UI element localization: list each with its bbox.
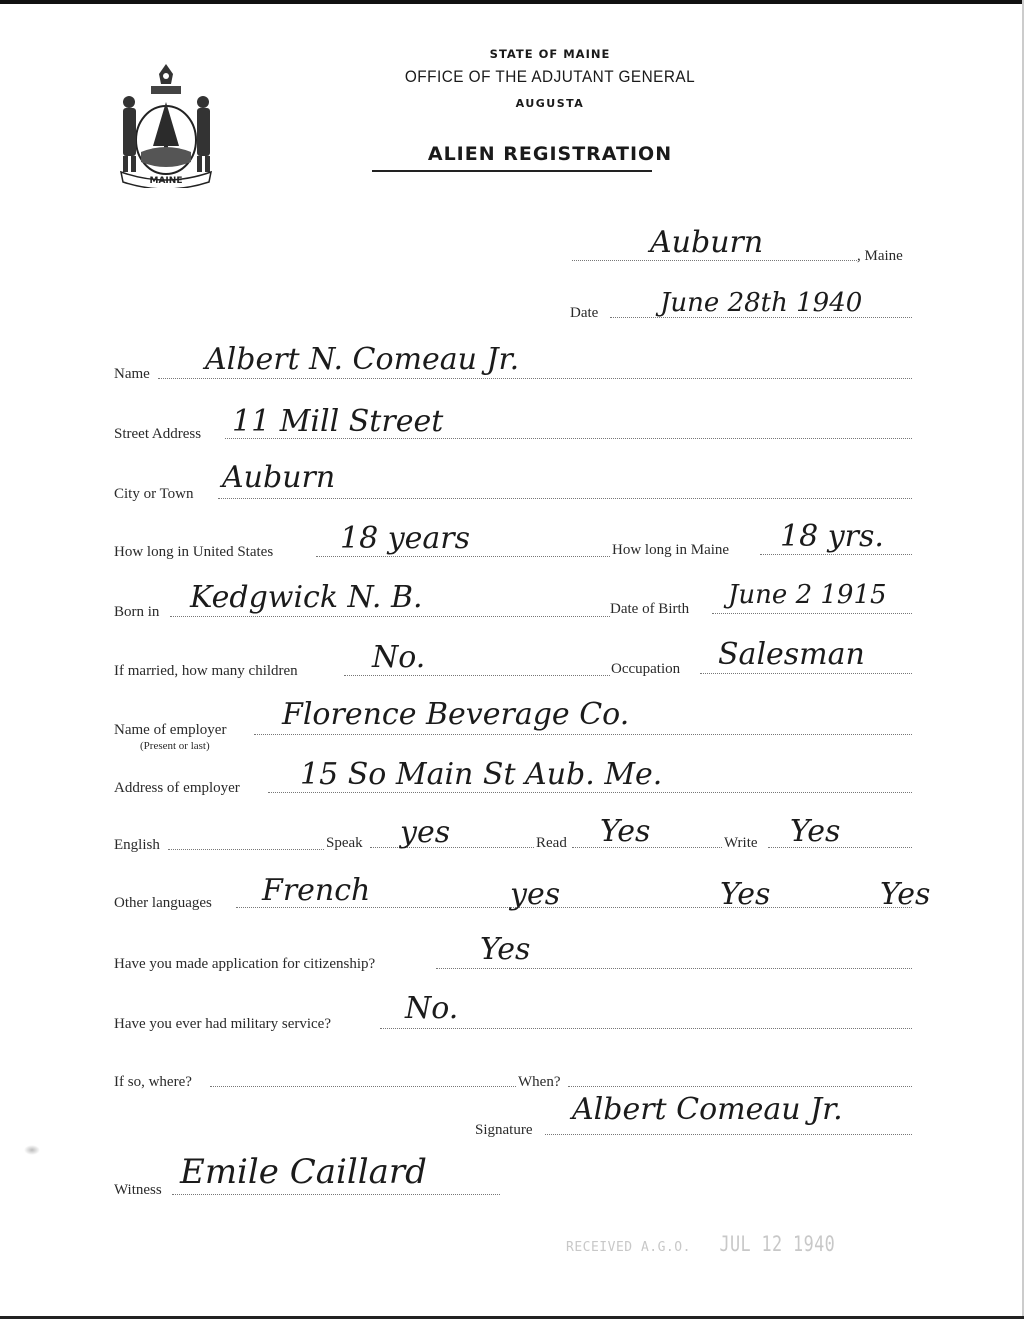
english-write-label: Write <box>724 835 758 851</box>
street-address-label: Street Address <box>114 426 201 442</box>
name-label: Name <box>114 366 150 382</box>
english-label: English <box>114 837 160 853</box>
form-title: ALIEN REGISTRATION <box>300 143 800 165</box>
date-of-birth-label: Date of Birth <box>610 601 689 617</box>
other-languages-value: French <box>262 876 370 906</box>
name-line <box>158 377 912 379</box>
english-read-value: Yes <box>600 817 650 847</box>
citizenship-label: Have you made application for citizenshi… <box>114 956 375 972</box>
born-in-line <box>170 615 610 617</box>
english-speak-line <box>370 846 534 848</box>
english-write-value: Yes <box>790 817 840 847</box>
other-languages-read: Yes <box>720 880 770 910</box>
occupation-value: Salesman <box>718 640 865 670</box>
date-value: June 28th 1940 <box>660 290 862 316</box>
occupation-label: Occupation <box>611 661 680 677</box>
employer-name-line <box>254 733 912 735</box>
military-value: No. <box>405 994 458 1024</box>
employer-address-value: 15 So Main St Aub. Me. <box>300 760 662 790</box>
signature-value: Albert Comeau Jr. <box>572 1095 843 1125</box>
place-suffix: , Maine <box>857 248 903 264</box>
military-label: Have you ever had military service? <box>114 1016 331 1032</box>
where-line <box>210 1085 516 1087</box>
alien-registration-form: MAINE STATE OF MAINE OFFICE OF THE ADJUT… <box>0 0 1024 1319</box>
english-line <box>168 848 324 850</box>
header-city: AUGUSTA <box>300 97 800 110</box>
date-of-birth-line <box>712 612 912 614</box>
children-value: No. <box>372 643 425 673</box>
title-underline <box>372 170 652 172</box>
name-value: Albert N. Comeau Jr. <box>205 345 519 375</box>
born-in-label: Born in <box>114 604 159 620</box>
city-line <box>218 497 912 499</box>
witness-line <box>172 1193 500 1195</box>
witness-label: Witness <box>114 1182 162 1198</box>
city-value: Auburn <box>222 463 335 493</box>
svg-text:MAINE: MAINE <box>150 176 183 186</box>
scan-smudge <box>24 1145 40 1155</box>
scan-border-top <box>0 0 1024 4</box>
header-office: OFFICE OF THE ADJUTANT GENERAL <box>318 68 783 87</box>
english-speak-label: Speak <box>326 835 363 851</box>
other-languages-speak: yes <box>510 880 560 910</box>
city-label: City or Town <box>114 486 194 502</box>
citizenship-value: Yes <box>480 935 530 965</box>
other-languages-label: Other languages <box>114 895 212 911</box>
witness-value: Emile Caillard <box>180 1155 427 1189</box>
other-languages-write: Yes <box>880 880 930 910</box>
occupation-line <box>700 672 912 674</box>
maine-state-seal-icon: MAINE <box>113 62 219 188</box>
born-in-value: Kedgwick N. B. <box>190 583 423 613</box>
received-stamp-text: RECEIVED A.G.O. <box>566 1240 691 1255</box>
employer-address-label: Address of employer <box>114 780 240 796</box>
signature-line <box>545 1133 912 1135</box>
street-address-value: 11 Mill Street <box>232 407 443 437</box>
how-long-maine-label: How long in Maine <box>612 542 729 558</box>
how-long-us-label: How long in United States <box>114 544 273 560</box>
where-label: If so, where? <box>114 1074 192 1090</box>
received-stamp-date: JUL 12 1940 <box>720 1232 836 1256</box>
employer-name-label: Name of employer <box>114 722 226 738</box>
children-label: If married, how many children <box>114 663 298 679</box>
english-read-label: Read <box>536 835 567 851</box>
how-long-maine-value: 18 yrs. <box>780 522 884 552</box>
signature-label: Signature <box>475 1122 533 1138</box>
date-of-birth-value: June 2 1915 <box>728 582 887 608</box>
how-long-us-value: 18 years <box>340 524 470 554</box>
english-speak-value: yes <box>400 818 450 848</box>
place-value: Auburn <box>650 228 763 258</box>
date-label: Date <box>570 305 598 321</box>
header-state: STATE OF MAINE <box>300 47 800 61</box>
received-stamp: RECEIVED A.G.O. JUL 12 1940 <box>566 1232 850 1256</box>
when-label: When? <box>518 1074 560 1090</box>
employer-name-value: Florence Beverage Co. <box>282 700 629 730</box>
military-line <box>380 1027 912 1029</box>
employer-name-sublabel: (Present or last) <box>140 738 210 754</box>
citizenship-line <box>436 967 912 969</box>
when-line <box>568 1085 912 1087</box>
